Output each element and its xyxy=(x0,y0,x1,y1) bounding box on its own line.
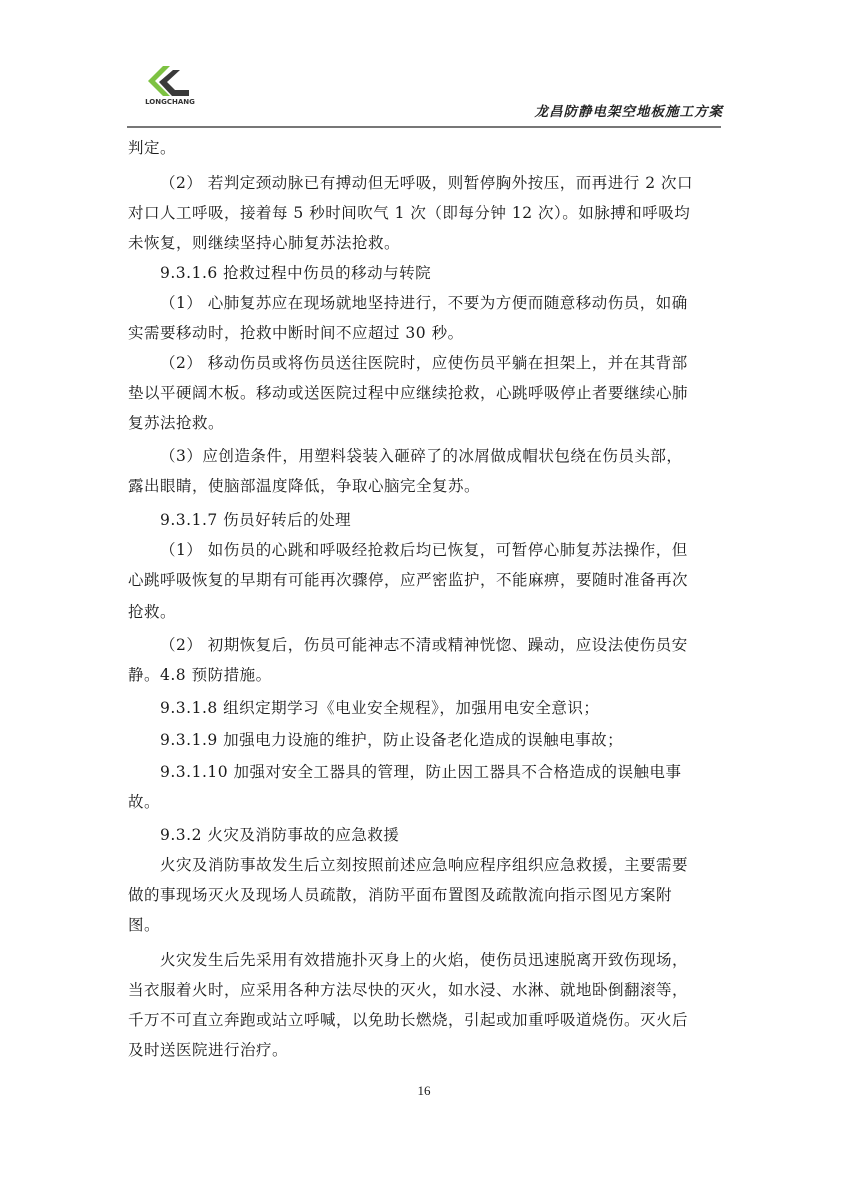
text-line: 9.3.1.10 加强对安全工器具的管理，防止因工器具不合格造成的误触电事 xyxy=(160,762,752,782)
header-divider xyxy=(127,126,721,128)
text-line: 复苏法抢救。 xyxy=(128,413,720,433)
text-line: 做的事现场灭火及现场人员疏散，消防平面布置图及疏散流向指示图见方案附 xyxy=(128,885,720,905)
text-line: 静。4.8 预防措施。 xyxy=(128,665,720,685)
text-line: 及时送医院进行治疗。 xyxy=(128,1040,720,1060)
document-header-title: 龙昌防静电架空地板施工方案 xyxy=(535,100,724,120)
text-line: 9.3.1.9 加强电力设施的维护，防止设备老化造成的误触电事故； xyxy=(160,730,752,750)
text-line: 9.3.2 火灾及消防事故的应急救援 xyxy=(160,825,752,845)
text-line: （2） 初期恢复后，伤员可能神志不清或精神恍惚、躁动，应设法使伤员安 xyxy=(160,635,752,655)
text-line: 千万不可直立奔跑或站立呼喊，以免助长燃烧，引起或加重呼吸道烧伤。灭火后 xyxy=(128,1010,720,1030)
text-line: 9.3.1.7 伤员好转后的处理 xyxy=(160,510,752,530)
text-line: 火灾发生后先采用有效措施扑灭身上的火焰，使伤员迅速脱离开致伤现场， xyxy=(160,950,752,970)
text-line: 未恢复，则继续坚持心肺复苏法抢救。 xyxy=(128,233,720,253)
text-line: 判定。 xyxy=(128,138,720,158)
page-number: 16 xyxy=(0,1083,848,1099)
text-line: （2） 若判定颈动脉已有搏动但无呼吸，则暂停胸外按压，而再进行 2 次口 xyxy=(160,173,752,193)
text-line: （1） 如伤员的心跳和呼吸经抢救后均已恢复，可暂停心肺复苏法操作，但 xyxy=(160,540,752,560)
text-line: （1） 心肺复苏应在现场就地坚持进行，不要为方便而随意移动伤员，如确 xyxy=(160,293,752,313)
logo-text: LONGCHANG xyxy=(135,98,205,106)
text-line: 对口人工呼吸，接着每 5 秒时间吹气 1 次（即每分钟 12 次）。如脉搏和呼吸… xyxy=(128,203,720,223)
text-line: 心跳呼吸恢复的早期有可能再次骤停，应严密监护，不能麻痹，要随时准备再次 xyxy=(128,570,720,590)
text-line: （3）应创造条件，用塑料袋装入砸碎了的冰屑做成帽状包绕在伤员头部， xyxy=(160,446,752,466)
text-line: 9.3.1.6 抢救过程中伤员的移动与转院 xyxy=(160,263,752,283)
text-line: （2） 移动伤员或将伤员送往医院时，应使伤员平躺在担架上，并在其背部 xyxy=(160,353,752,373)
longchang-logo-icon xyxy=(145,64,195,98)
text-line: 9.3.1.8 组织定期学习《电业安全规程》，加强用电安全意识； xyxy=(160,698,752,718)
text-line: 图。 xyxy=(128,915,720,935)
text-line: 露出眼睛，使脑部温度降低，争取心脑完全复苏。 xyxy=(128,476,720,496)
text-line: 故。 xyxy=(128,792,720,812)
text-line: 实需要移动时，抢救中断时间不应超过 30 秒。 xyxy=(128,323,720,343)
text-line: 当衣服着火时，应采用各种方法尽快的灭火，如水浸、水淋、就地卧倒翻滚等， xyxy=(128,980,720,1000)
company-logo: LONGCHANG xyxy=(135,64,205,110)
text-line: 火灾及消防事故发生后立刻按照前述应急响应程序组织应急救援，主要需要 xyxy=(160,855,752,875)
text-line: 垫以平硬阔木板。移动或送医院过程中应继续抢救，心跳呼吸停止者要继续心肺 xyxy=(128,383,720,403)
text-line: 抢救。 xyxy=(128,602,720,622)
